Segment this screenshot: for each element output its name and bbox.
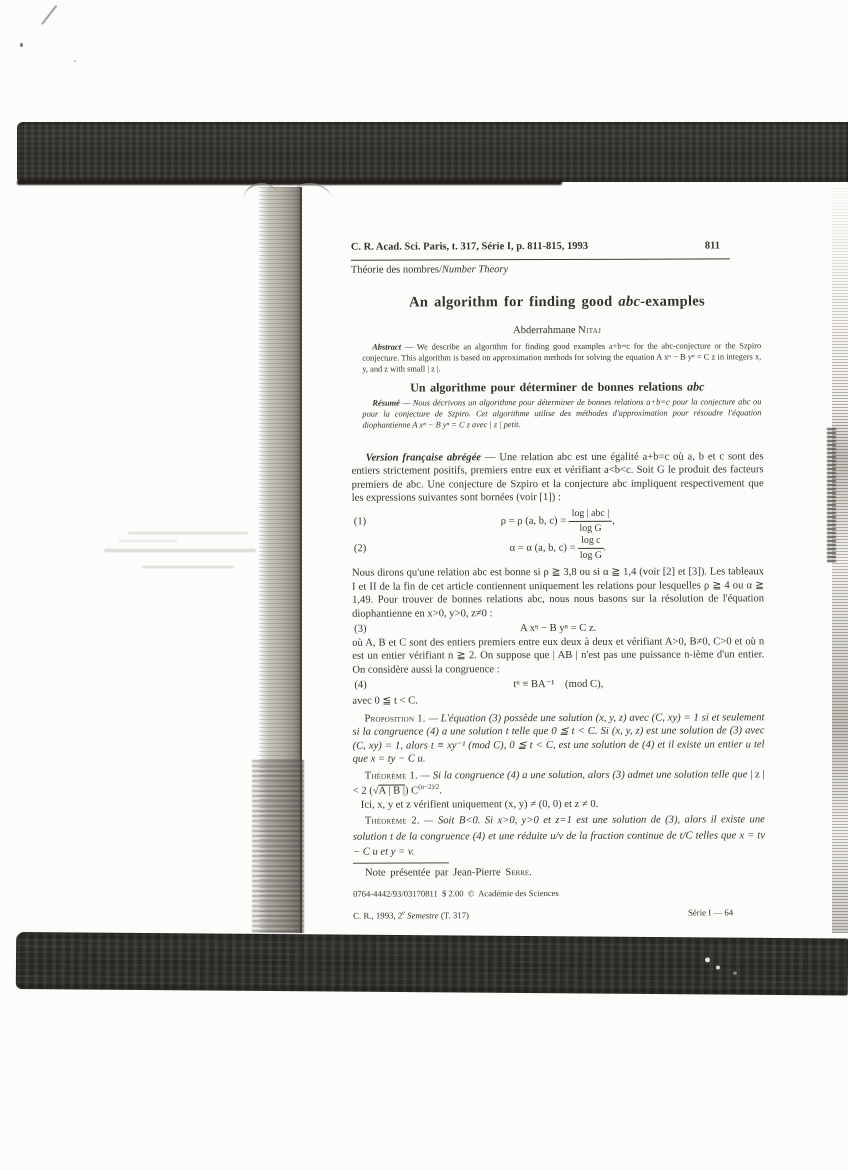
footer-series-info: Série I — 64	[688, 907, 733, 920]
band-white-speck	[733, 972, 737, 975]
resume-paragraph: Résumé — Nous décrivons un algorithme po…	[362, 398, 761, 432]
footer-volume-pre: C. R., 1993, 2	[353, 911, 402, 921]
band-white-speck	[705, 957, 710, 962]
section-name-fr: Théorie des nombres/	[351, 264, 442, 275]
fraction-numerator: log | abc |	[569, 508, 612, 522]
french-title-text: Un algorithme pour déterminer de bonnes …	[410, 380, 687, 395]
equation-3-label: (3)	[354, 623, 366, 636]
resume-dash: —	[400, 399, 413, 408]
version-francaise-lead: Version française abrégée	[366, 452, 481, 463]
note-separator-rule	[353, 862, 449, 863]
journal-header-row: C. R. Acad. Sci. Paris, t. 317, Série I,…	[351, 239, 730, 260]
abstract-label: Abstract	[372, 343, 401, 352]
french-title-abc-italic: abc	[687, 380, 704, 394]
paper-title: An algorithm for finding good abc-exampl…	[351, 293, 763, 311]
dust-speck	[74, 60, 76, 62]
pen-dot-mark	[20, 43, 23, 47]
theorem-1: Théorème 1. — Si la congruence (4) a une…	[353, 767, 765, 799]
equation-3-expression: A xⁿ − B yⁿ = C z.	[520, 623, 596, 634]
margin-smudge	[118, 540, 178, 542]
title-text: An algorithm for finding good	[409, 294, 618, 311]
fraction-numerator: log c	[578, 535, 603, 549]
footer-tome: (T. 317)	[439, 910, 469, 920]
equation-4-label: (4)	[354, 679, 366, 692]
note-presenter-name: Serre	[505, 867, 529, 878]
theorem-1-label: Théorème 1.	[365, 771, 418, 782]
note-period: .	[529, 867, 532, 878]
formula-exponent: (n−2)/2	[418, 783, 439, 791]
equation-1-lhs: ρ = ρ (a, b, c) =	[501, 516, 569, 527]
title-suffix: -examples	[640, 293, 705, 309]
equation-4: (4) tⁿ ≡ BA⁻¹ (mod C),	[352, 678, 764, 692]
abstract-paragraph: Abstract — We describe an algorithm for …	[362, 341, 761, 375]
resume-label: Résumé	[372, 399, 399, 408]
fraction-denominator: log G	[578, 549, 603, 562]
equation-4-expression: tⁿ ≡ BA⁻¹ (mod C),	[513, 679, 603, 690]
footer-volume-info: C. R., 1993, 2e Semestre (T. 317)	[353, 908, 469, 921]
radical-radicand: A | B |	[379, 786, 405, 797]
equation-2-tail: .	[604, 543, 607, 554]
pen-scratch-mark	[41, 5, 57, 25]
equation-1-label: (1)	[354, 516, 366, 529]
formula-end: .	[439, 786, 442, 797]
equation-2-fraction: log clog G	[578, 535, 603, 562]
body-paragraph-conditions: où A, B et C sont des entiers premiers e…	[352, 635, 764, 677]
proposition-1-label: Proposition 1.	[364, 713, 425, 724]
scanned-journal-page: C. R. Acad. Sci. Paris, t. 317, Série I,…	[0, 0, 848, 1170]
theorem-1-text: Si la congruence (4) a une solution, alo…	[433, 769, 750, 781]
proposition-1-dash: —	[426, 713, 441, 724]
book-spine-shadow-lower	[252, 760, 304, 933]
resume-text: Nous décrivons un algorithme pour déterm…	[362, 398, 761, 430]
margin-smudge	[104, 549, 256, 552]
page-number: 811	[705, 239, 720, 253]
scanner-band-shadow-line	[17, 180, 562, 185]
theorem-2-dash: —	[420, 816, 438, 827]
note-text: Note présentée par Jean-Pierre	[365, 867, 505, 878]
equation-3: (3) A xⁿ − B yⁿ = C z.	[352, 621, 764, 635]
author-line: Abderrahmane Nitaj	[351, 324, 763, 337]
scanner-black-band-top	[17, 122, 848, 182]
title-abc-italic: abc	[618, 294, 640, 310]
equation-2: (2) α = α (a, b, c) = log clog G.	[352, 535, 764, 562]
book-gutter-line	[300, 187, 302, 933]
theorem-2-label: Théorème 2.	[365, 816, 420, 827]
equation-2-label: (2)	[354, 543, 366, 556]
author-given-name: Abderrahmane	[513, 325, 578, 336]
footer-semestre: Semestre	[405, 910, 439, 920]
issn-copyright-line: 0764-4442/93/03170811 $ 2.00 © Académie …	[353, 887, 765, 899]
band-white-speck	[716, 965, 720, 969]
body-paragraph-bonne-relation: Nous dirons qu'une relation abc est bonn…	[352, 566, 764, 621]
theorem-1-dash: —	[418, 770, 433, 781]
section-name-en: Number Theory	[442, 264, 508, 275]
equation-2-lhs: α = α (a, b, c) =	[510, 543, 579, 554]
body-paragraph-avec: avec 0 ≦ t < C.	[352, 694, 764, 709]
running-footer: C. R., 1993, 2e Semestre (T. 317) Série …	[353, 907, 733, 921]
theorem-2: Théorème 2. — Soit B<0. Si x>0, y>0 et z…	[353, 813, 765, 860]
equation-1: (1) ρ = ρ (a, b, c) = log | abc |log G,	[352, 508, 764, 535]
book-fore-edge-dark-patch	[827, 428, 836, 563]
equation-1-tail: ,	[612, 516, 615, 527]
journal-citation: C. R. Acad. Sci. Paris, t. 317, Série I,…	[351, 241, 588, 253]
abstract-dash: —	[401, 342, 417, 351]
formula-close: ) C	[405, 786, 418, 797]
equation-1-fraction: log | abc |log G	[569, 508, 612, 535]
author-family-name: Nitaj	[578, 325, 601, 336]
presented-note: Note présentée par Jean-Pierre Serre.	[353, 866, 765, 879]
page-content: C. R. Acad. Sci. Paris, t. 317, Série I,…	[351, 239, 765, 921]
french-title: Un algorithme pour déterminer de bonnes …	[351, 380, 763, 396]
body-paragraph-version-francaise: Version française abrégée — Une relation…	[352, 450, 764, 505]
scanner-black-band-bottom	[16, 932, 848, 996]
fraction-denominator: log G	[569, 522, 612, 535]
abstract-text: We describe an algorithm for finding goo…	[362, 341, 761, 373]
section-line: Théorie des nombres/Number Theory	[351, 262, 763, 276]
margin-smudge	[142, 566, 234, 568]
margin-smudge	[128, 532, 248, 534]
theorem-1-remark: Ici, x, y et z vérifient uniquement (x, …	[353, 798, 765, 813]
proposition-1: Proposition 1. — L'équation (3) possède …	[352, 711, 764, 767]
